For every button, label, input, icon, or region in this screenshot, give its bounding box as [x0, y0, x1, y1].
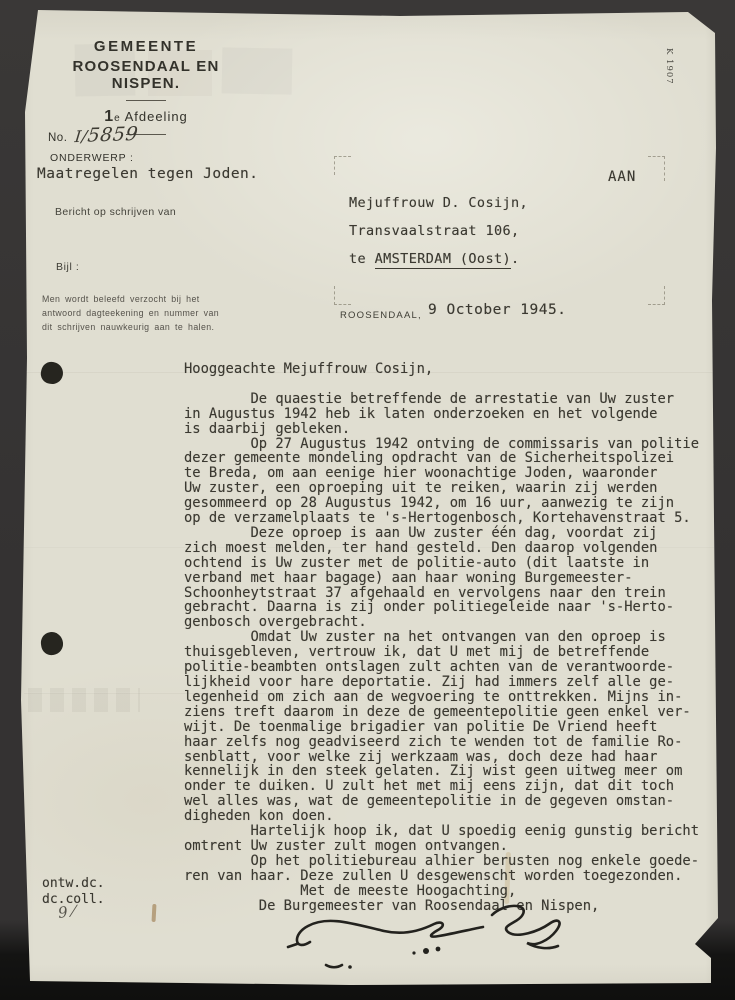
punch-hole — [39, 360, 65, 386]
recipient-street: Transvaalstraat 106, — [349, 217, 528, 245]
department-suffix: e — [114, 113, 121, 124]
recipient-address: Mejuffrouw D. Cosijn, Transvaalstraat 10… — [349, 189, 528, 273]
dateline-date: 9 October 1945. — [428, 302, 566, 318]
number-label: No. — [48, 132, 67, 144]
handwritten-initials: 9 ⁄ — [57, 902, 76, 922]
footnote-line: Men wordt beleefd verzocht bij het — [42, 292, 219, 306]
address-window-corner — [648, 286, 665, 305]
dateline-place: ROOSENDAAL, — [340, 310, 422, 321]
number-handwritten: 5859 — [87, 123, 140, 147]
address-window-corner — [334, 286, 351, 305]
city-suffix: . — [511, 251, 520, 267]
recipient-name: Mejuffrouw D. Cosijn, — [349, 189, 528, 217]
footnote-line: antwoord dagteekening en nummer van — [42, 306, 219, 320]
department-word: Afdeeling — [125, 109, 188, 124]
city-prefix: te — [349, 251, 375, 267]
letter-paragraph: Hartelijk hoop ik, dat U spoedig eenig g… — [184, 824, 710, 854]
recipient-city: AMSTERDAM (Oost) — [375, 251, 511, 269]
salutation: Hooggeachte Mejuffrouw Cosijn, — [184, 362, 710, 377]
letter-paragraphs: De quaestie betreffende de arrestatie va… — [184, 392, 710, 884]
letter-paragraph: Op 27 Augustus 1942 ontving de commissar… — [184, 437, 710, 526]
scanned-letter-page: GEMEENTE ROOSENDAAL EN NISPEN. 1e Afdeel… — [0, 0, 735, 1000]
subject-label: ONDERWERP : — [50, 152, 134, 164]
citation-footnote: Men wordt beleefd verzocht bij het antwo… — [42, 292, 219, 334]
stain-mark — [152, 904, 157, 922]
letter-body: Hooggeachte Mejuffrouw Cosijn, De quaest… — [184, 362, 710, 914]
letter-paragraph: Omdat Uw zuster na het ontvangen van den… — [184, 630, 710, 824]
reference-number-line: No. I/5859 — [48, 124, 138, 146]
address-window-corner — [334, 156, 351, 175]
letter-paragraph: Deze oproep is aan Uw zuster één dag, vo… — [184, 526, 710, 630]
closing-salutation: Met de meeste Hoogachting, — [184, 884, 710, 899]
recipient-city-line: te AMSTERDAM (Oost). — [349, 245, 528, 273]
municipality-name-line1: GEMEENTE — [40, 38, 252, 55]
punch-hole — [40, 631, 65, 657]
municipality-name-line2: ROOSENDAAL EN NISPEN. — [40, 58, 252, 92]
signature — [286, 898, 586, 976]
subject-value: Maatregelen tegen Joden. — [37, 166, 259, 182]
divider-rule — [126, 100, 166, 101]
enclosure-label: Bijl : — [56, 261, 79, 273]
letter-paragraph: Op het politiebureau alhier berusten nog… — [184, 854, 710, 884]
to-label: AAN — [608, 169, 636, 185]
letter-paragraph: De quaestie betreffende de arrestatie va… — [184, 392, 710, 437]
annotation-line: ontw.dc. — [42, 876, 105, 892]
reply-reference-label: Bericht op schrijven van — [55, 206, 176, 218]
filing-mark: K 1907 — [664, 48, 674, 85]
footnote-line: dit schrijven nauwkeurig aan te halen. — [42, 320, 219, 334]
address-window-corner — [648, 156, 665, 181]
department-number: 1 — [104, 108, 114, 125]
